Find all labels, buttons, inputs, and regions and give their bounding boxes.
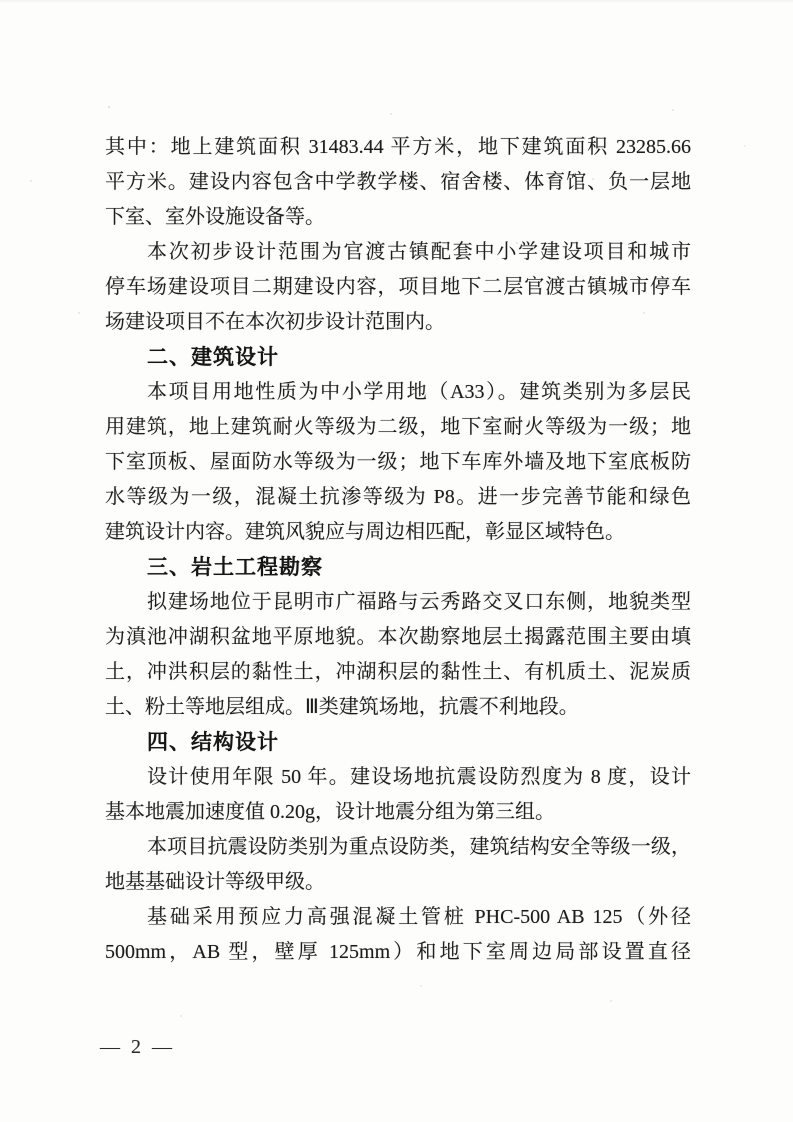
text-line: 场建设项目不在本次初步设计范围内。 xyxy=(105,305,691,340)
text-line: 其中：地上建筑面积 31483.44 平方米，地下建筑面积 23285.66 xyxy=(105,130,691,165)
scan-noise xyxy=(0,0,2,2)
text-line: 基础采用预应力高强混凝土管桩 PHC-500 AB 125（外径 xyxy=(105,900,691,935)
text-line: 本项目用地性质为中小学用地（A33）。建筑类别为多层民 xyxy=(105,375,691,410)
section-heading: 二、建筑设计 xyxy=(105,340,691,375)
section-heading: 四、结构设计 xyxy=(105,725,691,760)
text-line: 用建筑，地上建筑耐火等级为二级，地下室耐火等级为一级；地 xyxy=(105,410,691,445)
text-line: 为滇池冲湖积盆地平原地貌。本次勘察地层土揭露范围主要由填 xyxy=(105,620,691,655)
page-number: — 2 — xyxy=(100,1036,175,1059)
text-line: 下室、室外设施设备等。 xyxy=(105,200,691,235)
text-line: 土，冲洪积层的黏性土，冲湖积层的黏性土、有机质土、泥炭质 xyxy=(105,655,691,690)
text-line: 500mm，AB 型，壁厚 125mm）和地下室周边局部设置直径 600mm xyxy=(105,935,691,970)
text-line: 本次初步设计范围为官渡古镇配套中小学建设项目和城市 xyxy=(105,235,691,270)
document-text-block: 其中：地上建筑面积 31483.44 平方米，地下建筑面积 23285.66平方… xyxy=(105,130,691,970)
text-line: 建筑设计内容。建筑风貌应与周边相匹配，彰显区域特色。 xyxy=(105,515,691,550)
text-line: 平方米。建设内容包含中学教学楼、宿舍楼、体育馆、负一层地 xyxy=(105,165,691,200)
text-line: 拟建场地位于昆明市广福路与云秀路交叉口东侧，地貌类型 xyxy=(105,585,691,620)
text-line: 基本地震加速度值 0.20g，设计地震分组为第三组。 xyxy=(105,795,691,830)
section-heading: 三、岩土工程勘察 xyxy=(105,550,691,585)
text-line: 下室顶板、屋面防水等级为一级；地下车库外墙及地下室底板防 xyxy=(105,445,691,480)
text-line: 设计使用年限 50 年。建设场地抗震设防烈度为 8 度，设计 xyxy=(105,760,691,795)
text-line: 本项目抗震设防类别为重点设防类，建筑结构安全等级一级， xyxy=(105,830,691,865)
text-line: 停车场建设项目二期建设内容，项目地下二层官渡古镇城市停车 xyxy=(105,270,691,305)
scanned-page: 其中：地上建筑面积 31483.44 平方米，地下建筑面积 23285.66平方… xyxy=(0,0,793,1122)
text-line: 水等级为一级，混凝土抗渗等级为 P8。进一步完善节能和绿色 xyxy=(105,480,691,515)
text-line: 土、粉土等地层组成。Ⅲ类建筑场地，抗震不利地段。 xyxy=(105,690,691,725)
text-line: 地基基础设计等级甲级。 xyxy=(105,865,691,900)
